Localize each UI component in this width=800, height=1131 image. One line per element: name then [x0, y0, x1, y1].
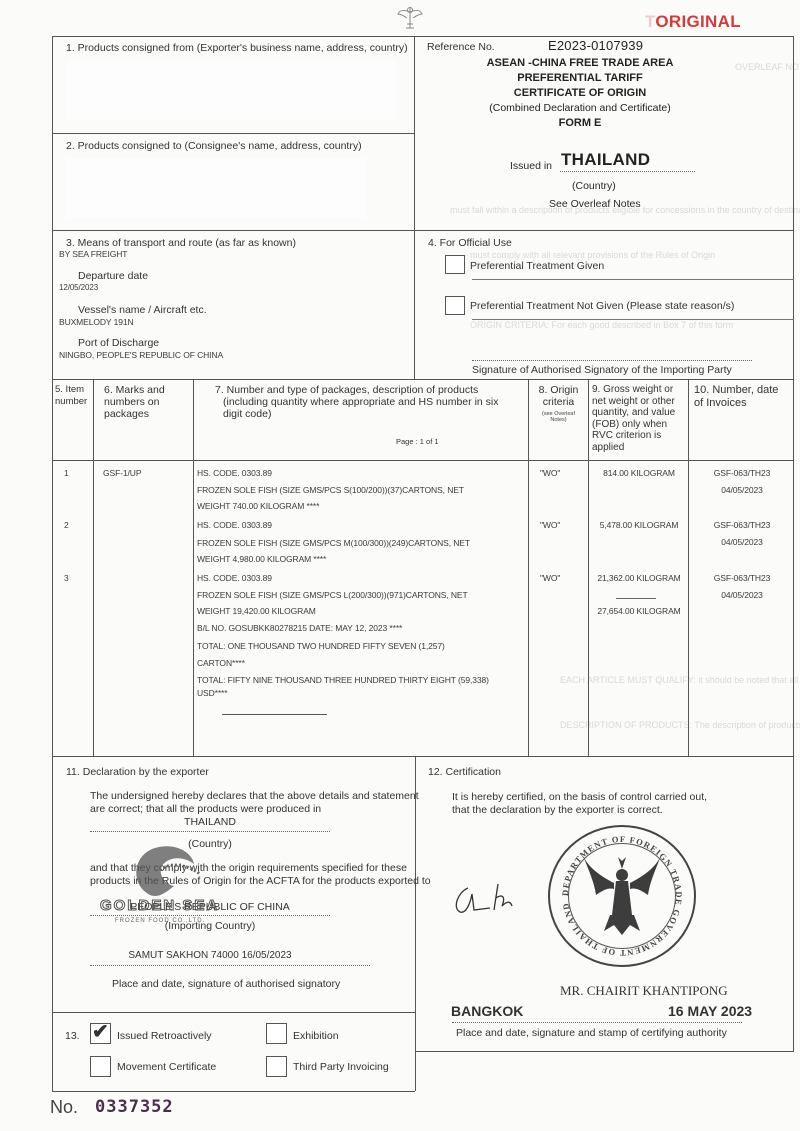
certifying-authority-caption: Place and date, signature and stamp of c…	[456, 1027, 727, 1039]
frame-top	[52, 36, 794, 37]
preferential-given-checkbox[interactable]	[445, 255, 465, 274]
dotted-line	[90, 831, 330, 832]
header-weight: 9. Gross weight or net weight or other q…	[592, 384, 684, 453]
frame-left	[52, 36, 53, 1091]
thai-garuda-crest-icon	[395, 4, 425, 32]
total-cartons-line1: TOTAL: ONE THOUSAND TWO HUNDRED FIFTY SE…	[197, 641, 445, 651]
total-value-line2: USD****	[197, 688, 227, 698]
vessel-label: Vessel's name / Aircraft etc.	[78, 304, 207, 316]
title-line-1: ASEAN -CHINA FREE TRADE AREA	[415, 56, 745, 71]
movement-certificate-checkbox[interactable]	[90, 1056, 111, 1077]
vessel-value: BUXMELODY 191N	[59, 317, 134, 327]
serial-number: 0337352	[95, 1097, 174, 1117]
produced-country: THAILAND	[90, 816, 330, 828]
col-divider	[193, 379, 194, 756]
total-cartons-line2: CARTON****	[197, 658, 245, 668]
overleaf-showthrough: EACH ARTICLE MUST QUALIFY: it should be …	[560, 675, 800, 685]
row1-weight: 814.00 KILOGRAM	[594, 468, 684, 478]
place-and-date: SAMUT SAKHON 74000 16/05/2023	[90, 950, 330, 961]
header-invoices: 10. Number, date of Invoices	[694, 384, 784, 410]
header-marks: 6. Marks and numbers on packages	[104, 384, 186, 420]
end-of-description-line	[222, 714, 327, 715]
total-weight: 27,654.00 KILOGRAM	[594, 606, 684, 616]
row2-invoice-date: 04/05/2023	[692, 537, 792, 547]
divider-box1-box2	[52, 133, 414, 134]
underline	[472, 279, 794, 280]
frame-bottom-right	[415, 1051, 794, 1052]
port-label: Port of Discharge	[78, 337, 159, 349]
issued-retroactively-label: Issued Retroactively	[117, 1030, 212, 1042]
divider-table-header	[52, 460, 794, 461]
issued-in-label: Issued in	[510, 160, 552, 172]
row1-desc2: WEIGHT 740.00 KILOGRAM ****	[197, 501, 319, 511]
preferential-given-label: Preferential Treatment Given	[470, 260, 604, 272]
third-party-invoicing-checkbox[interactable]	[266, 1056, 287, 1077]
garuda-seal-icon: DEPARTMENT OF FOREIGN TRADE GOVERNMENT O…	[548, 825, 696, 967]
box1-label: 1. Products consigned from (Exporter's b…	[66, 42, 408, 54]
fish-logo-icon	[120, 840, 230, 900]
row2-invoice-no: GSF-063/TH23	[692, 520, 792, 530]
divider-table-top	[52, 379, 794, 380]
movement-certificate-label: Movement Certificate	[117, 1061, 216, 1073]
total-separator	[616, 598, 656, 599]
signatory-name: MR. CHAIRIT KHANTIPONG	[560, 983, 728, 999]
row3-criteria: "WO"	[540, 573, 560, 583]
exhibition-checkbox[interactable]	[266, 1023, 287, 1044]
row2-criteria: "WO"	[540, 520, 560, 530]
exporter-company-stamp	[120, 840, 230, 900]
stamp-company-subtitle: FROZEN FOOD CO.,LTD.	[115, 918, 205, 924]
third-party-invoicing-label: Third Party Invoicing	[293, 1061, 389, 1073]
signature-line	[472, 360, 752, 361]
row1-hs: HS. CODE. 0303.89	[197, 468, 272, 478]
row3-invoice-date: 04/05/2023	[692, 590, 792, 600]
overleaf-showthrough: must comply with all relevant provisions…	[470, 250, 715, 260]
country-caption: (Country)	[572, 180, 616, 192]
header-origin-criteria: 8. Origin criteria	[531, 384, 586, 408]
certification-place: BANGKOK	[451, 1003, 523, 1019]
underline	[472, 319, 794, 320]
form-name: FORM E	[415, 115, 745, 131]
box2-label: 2. Products consigned to (Consignee's na…	[66, 140, 362, 152]
row2-weight: 5,478.00 KILOGRAM	[594, 520, 684, 530]
consignee-value	[66, 158, 366, 218]
col-divider	[528, 379, 529, 756]
row3-desc1: FROZEN SOLE FISH (SIZE GMS/PCS L(200/300…	[197, 590, 468, 600]
title-line-2: PREFERENTIAL TARIFF	[415, 71, 745, 86]
exporter-value	[66, 60, 396, 120]
row3-item: 3	[64, 573, 69, 583]
port-value: NINGBO, PEOPLE'S REPUBLIC OF CHINA	[59, 350, 223, 360]
bl-number-line: B/L NO. GOSUBKK80278215 DATE: MAY 12, 20…	[197, 623, 402, 633]
issued-retroactively-checkbox[interactable]: ✔	[90, 1023, 111, 1044]
declaration-line1: The undersigned hereby declares that the…	[90, 790, 419, 802]
row1-desc1: FROZEN SOLE FISH (SIZE GMS/PCS S(100/200…	[197, 485, 464, 495]
box13-number: 13.	[65, 1030, 80, 1042]
box12-label: 12. Certification	[428, 766, 501, 778]
box11-label: 11. Declaration by the exporter	[66, 766, 209, 778]
officer-signature	[450, 880, 530, 920]
transport-value: BY SEA FREIGHT	[59, 249, 127, 259]
dotted-line	[560, 171, 695, 172]
issued-in-row: Issued in THAILAND	[510, 152, 695, 172]
issued-in-country: THAILAND	[561, 150, 650, 170]
header-item-number: 5. Item number	[55, 384, 93, 408]
title-line-3: CERTIFICATE OF ORIGIN	[415, 86, 745, 101]
stamp-company-name: GOLDEN SEA	[100, 897, 219, 914]
certification-line2: that the declaration by the exporter is …	[452, 804, 663, 816]
page-indicator: Page : 1 of 1	[396, 437, 439, 446]
row3-invoice-no: GSF-063/TH23	[692, 573, 792, 583]
importer-signature-caption: Signature of Authorised Signatory of the…	[472, 364, 732, 376]
divider-box13	[52, 1012, 415, 1013]
marks-value: GSF-1/UP	[103, 468, 141, 478]
certificate-title: ASEAN -CHINA FREE TRADE AREA PREFERENTIA…	[415, 56, 745, 131]
overleaf-notes: See Overleaf Notes	[549, 198, 641, 210]
certification-date: 16 MAY 2023	[668, 1003, 752, 1019]
overleaf-showthrough: ORIGIN CRITERIA: For each good described…	[470, 320, 733, 330]
row3-hs: HS. CODE. 0303.89	[197, 573, 272, 583]
exporter-signature-caption: Place and date, signature of authorised …	[112, 978, 340, 990]
departure-label: Departure date	[78, 270, 148, 282]
exhibition-label: Exhibition	[293, 1030, 339, 1042]
row1-invoice-date: 04/05/2023	[692, 485, 792, 495]
header-description: 7. Number and type of packages, descript…	[215, 384, 515, 420]
reference-label: Reference No.	[427, 41, 495, 53]
row2-item: 2	[64, 520, 69, 530]
total-value-line1: TOTAL: FIFTY NINE THOUSAND THREE HUNDRED…	[197, 675, 489, 685]
original-label: TORIGINAL	[645, 12, 741, 32]
row1-invoice-no: GSF-063/TH23	[692, 468, 792, 478]
reference-number: E2023-0107939	[548, 38, 643, 53]
row3-weight: 21,362.00 KILOGRAM	[594, 573, 684, 583]
row2-hs: HS. CODE. 0303.89	[197, 520, 272, 530]
dotted-line	[90, 965, 370, 966]
preferential-not-given-checkbox[interactable]	[445, 296, 465, 315]
departure-value: 12/05/2023	[59, 283, 98, 292]
col-divider	[588, 379, 589, 756]
row1-criteria: "WO"	[540, 468, 560, 478]
frame-right	[793, 36, 794, 1051]
col-divider	[688, 379, 689, 756]
row2-desc2: WEIGHT 4,980.00 KILOGRAM ****	[197, 554, 326, 564]
serial-number-label: No.	[50, 1097, 78, 1118]
dotted-line	[90, 915, 330, 916]
row3-desc2: WEIGHT 19,420.00 KILOGRAM	[197, 606, 316, 616]
header-origin-note: (see Overleaf Notes)	[536, 411, 581, 423]
preferential-not-given-label: Preferential Treatment Not Given (Please…	[470, 300, 734, 312]
box4-label: 4. For Official Use	[428, 237, 512, 249]
col-divider	[93, 379, 94, 756]
checkmark-icon: ✔	[92, 1019, 109, 1044]
dotted-line	[452, 1022, 742, 1023]
row2-desc1: FROZEN SOLE FISH (SIZE GMS/PCS M(100/300…	[197, 538, 470, 548]
declaration-line2: are correct; that all the products were …	[90, 803, 321, 815]
row1-item: 1	[64, 468, 69, 478]
frame-bottom-left	[52, 1091, 415, 1092]
certification-line1: It is hereby certified, on the basis of …	[452, 791, 707, 803]
overleaf-showthrough: DESCRIPTION OF PRODUCTS: The description…	[560, 720, 800, 730]
divider-table-bottom	[52, 756, 794, 757]
divider-top-section	[52, 230, 794, 231]
title-line-4: (Combined Declaration and Certificate)	[415, 101, 745, 115]
box3-label: 3. Means of transport and route (as far …	[66, 237, 296, 249]
